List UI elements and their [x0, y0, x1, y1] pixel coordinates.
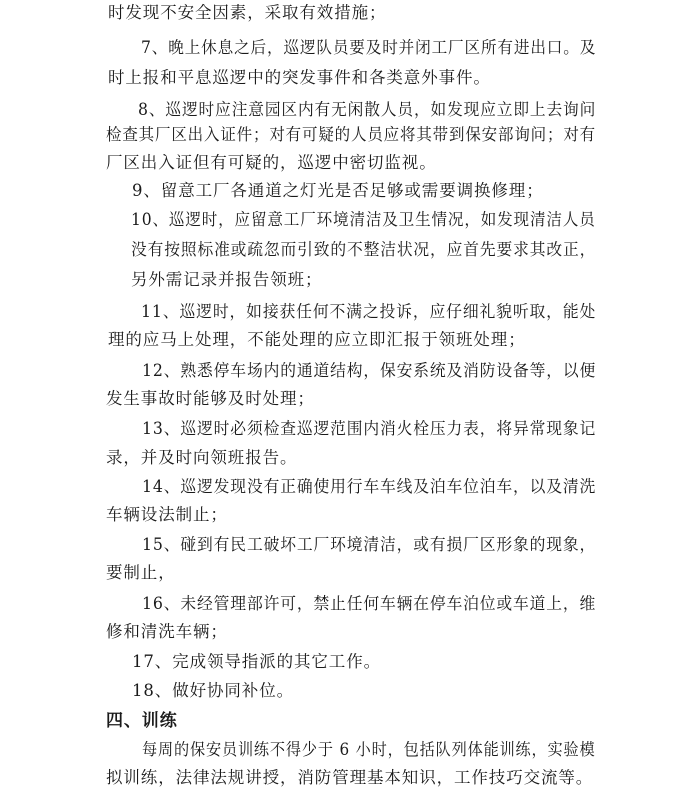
text-line: 14、巡逻发现没有正确使用行车车线及泊车位泊车，以及清洗	[142, 477, 596, 497]
text-line: 7、晚上休息之后，巡逻队员要及时并闭工厂区所有进出口。及	[141, 38, 596, 58]
text-line: 没有按照标准或疏忽而引致的不整洁状况，应首先要求其改正，	[131, 240, 596, 260]
text-line: 时发现不安全因素，采取有效措施；	[108, 3, 386, 23]
document-page: 时发现不安全因素，采取有效措施；7、晚上休息之后，巡逻队员要及时并闭工厂区所有进…	[0, 0, 700, 789]
text-line: 要制止，	[106, 563, 176, 583]
text-line: 修和清洗车辆；	[106, 622, 228, 642]
text-line: 理的应马上处理，不能处理的应立即汇报于领班处理；	[108, 330, 526, 350]
text-line: 11、巡逻时，如接获任何不满之投诉，应仔细礼貌听取，能处	[141, 302, 596, 322]
text-line: 10、巡逻时，应留意工厂环境清洁及卫生情况，如发现清洁人员	[131, 210, 596, 230]
text-line: 15、碰到有民工破坏工厂环境清洁，或有损厂区形象的现象，	[142, 535, 596, 555]
text-line: 9、留意工厂各通道之灯光是否足够或需要调换修理；	[132, 181, 544, 201]
text-line: 8、巡逻时应注意园区内有无闲散人员，如发现应立即上去询问	[138, 100, 596, 120]
text-line: 检查其厂区出入证件；对有可疑的人员应将其带到保安部询问；对有	[106, 125, 596, 145]
text-line: 厂区出入证但有可疑的，巡逻中密切监视。	[106, 153, 437, 173]
text-line: 18、做好协同补位。	[132, 681, 294, 701]
text-line: 车辆设法制止；	[106, 505, 228, 525]
text-line: 13、巡逻时必须检查巡逻范围内消火栓压力表，将异常现象记	[142, 419, 596, 439]
text-line: 每周的保安员训练不得少于 6 小时，包括队列体能训练，实验模	[142, 740, 596, 760]
text-line: 16、未经管理部许可，禁止任何车辆在停车泊位或车道上，维	[142, 594, 596, 614]
section-heading: 四、训练	[106, 711, 178, 731]
text-line: 时上报和平息巡逻中的突发事件和各类意外事件。	[108, 68, 491, 88]
text-line: 录，并及时向领班报告。	[106, 448, 297, 468]
text-line: 12、熟悉停车场内的通道结构，保安系统及消防设备等，以便	[142, 361, 596, 381]
text-line: 另外需记录并报告领班；	[131, 270, 322, 290]
text-line: 发生事故时能够及时处理；	[106, 389, 315, 409]
text-line: 17、完成领导指派的其它工作。	[132, 652, 381, 672]
text-line: 拟训练，法律法规讲授，消防管理基本知识，工作技巧交流等。	[106, 768, 593, 788]
